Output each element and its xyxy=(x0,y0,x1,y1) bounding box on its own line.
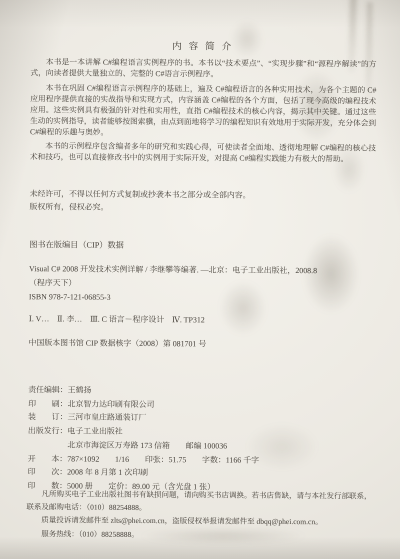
intro-paragraph: 本书在巩固 C#编程语言示例程序的基础上，遍及 C#编程语言的各种实用技术，为各… xyxy=(30,82,376,139)
colophon-value: 787×1092 1/16 印张：51.75 字数：1166 千字 xyxy=(67,454,259,464)
cip-record-block: Visual C# 2008 开发技术实例详解 / 李继攀等编著. —北京：电子… xyxy=(29,262,381,306)
colophon-label: 印 刷： xyxy=(28,399,68,408)
colophon-value: 北京市海淀区万寿路 173 信箱 邮编 100036 xyxy=(67,440,227,450)
colophon-value: 北京智力达印刷有限公司 xyxy=(68,399,155,409)
copyright-notice-line: 版权所有，侵权必究。 xyxy=(29,200,375,215)
intro-paragraph: 本书的示例程序包含编者多年的研究和实践心得，可使读者全面地、透彻地理解 C#编程… xyxy=(30,140,376,164)
colophon-label: 出版发行： xyxy=(28,426,68,435)
section-title: 内容简介 xyxy=(2,37,400,54)
colophon-value: 王鹤扬 xyxy=(68,385,92,394)
colophon: 责任编辑：王鹤扬 印 刷：北京智力达印刷有限公司 装 订：三河市皇庄路通装订厂 … xyxy=(28,383,385,495)
colophon-label: 责任编辑： xyxy=(28,385,68,394)
cip-registry-number: 中国版本图书馆 CIP 数据核字（2008）第 081701 号 xyxy=(29,337,207,349)
colophon-value: 电子工业出版社 xyxy=(67,427,122,436)
colophon-value: 三河市皇庄路通装订厂 xyxy=(67,413,146,423)
service-line: 服务热线：（010）88258888。 xyxy=(26,527,376,543)
colophon-value: 2008 年 8 月第 1 次印刷 xyxy=(67,468,148,478)
page-content: 内容简介 本书是一本讲解 C#编程语言实例程序的书。本书以“技术要点”、“实现步… xyxy=(0,0,400,559)
colophon-label: 装 订： xyxy=(28,413,68,422)
cip-classification: Ⅰ. V… Ⅱ. 李… Ⅲ. C 语言－程序设计 Ⅳ. TP312 xyxy=(29,313,205,325)
intro-paragraph: 本书是一本讲解 C#编程语言实例程序的书。本书以“技术要点”、“实现步骤”和“源… xyxy=(30,56,376,80)
colophon-label: 印 次： xyxy=(28,467,68,476)
book-copyright-page: 内容简介 本书是一本讲解 C#编程语言实例程序的书。本书以“技术要点”、“实现步… xyxy=(0,0,400,559)
cip-record: Visual C# 2008 开发技术实例详解 / 李继攀等编著. —北京：电子… xyxy=(29,262,381,278)
service-info: 凡所购买电子工业出版社图书有缺损问题，请向购买书店调换。若书店售缺，请与本社发行… xyxy=(26,487,376,542)
cip-heading: 图书在版编目（CIP）数据 xyxy=(29,239,124,251)
colophon-label: 开 本： xyxy=(28,454,68,463)
copyright-notice: 未经许可，不得以任何方式复制或抄袭本书之部分或全部内容。 版权所有，侵权必究。 xyxy=(29,187,375,215)
intro-paragraphs: 本书是一本讲解 C#编程语言实例程序的书。本书以“技术要点”、“实现步骤”和“源… xyxy=(30,56,377,168)
cip-isbn: ISBN 978-7-121-06855-3 xyxy=(29,290,381,306)
